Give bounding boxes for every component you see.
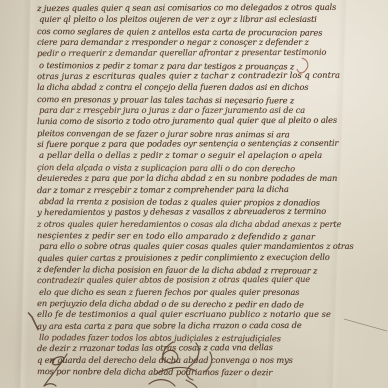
manuscript-line: contradezir quales quier abtos de posisi… xyxy=(37,274,358,287)
manuscript-line: nesçientes z pedir ser en todo ello ampa… xyxy=(37,230,358,243)
manuscript-line: ay ara esta carta z para que sobre la di… xyxy=(37,319,358,332)
manuscript-line: z otros quales quier heredamientos o cos… xyxy=(37,219,358,230)
manuscript-line: quales quier cartas z prouisiones z pedi… xyxy=(37,251,358,264)
manuscript-line: mos por nonbre dela dicha abdad podriamo… xyxy=(37,366,358,379)
manuscript-line: z juezes quales quier q sean asi comisar… xyxy=(37,2,358,15)
manuscript-line: q en guarda del derecho dela dicha abdad… xyxy=(37,355,358,366)
manuscript-line: dar z tomar z rresçebir z tomar z compre… xyxy=(37,183,358,196)
manuscript-line: a pellar della o dellas z pedir z tomar … xyxy=(39,150,358,161)
manuscript-line: y heredamientos y pastos y dehesas z vas… xyxy=(37,206,358,219)
manuscript-line: pedir o rrequerir z demandar querellar a… xyxy=(37,47,358,60)
parchment-crease xyxy=(13,0,37,388)
manuscript-line: cos como seglares de quien z antellos es… xyxy=(37,26,358,39)
manuscript-line: otras juras z escrituras quales quier z … xyxy=(37,70,358,83)
manuscript-page: z juezes quales quier q sean asi comisar… xyxy=(0,0,388,388)
manuscript-line: como en presonas y prouar las tales tach… xyxy=(37,94,358,107)
manuscript-line: si fuere porque z para que podades oyr s… xyxy=(37,138,358,151)
manuscript-line: de dezir z rrazonar todas las otras cosa… xyxy=(37,342,358,355)
manuscript-line: en perjuyzio dela dicha abdad o de su de… xyxy=(37,298,358,311)
manuscript-line: lunia como de sisorio z todo otro jurame… xyxy=(37,115,358,128)
manuscript-line: deuieredes z para que por la dicha abdad… xyxy=(37,173,358,184)
manuscript-line: elo que dicho es sean z fueren fechos po… xyxy=(39,287,358,298)
manuscript-line: çion dela alçada o vista z suplicaçion p… xyxy=(37,162,358,175)
manuscript-text-block: z juezes quales quier q sean asi comisar… xyxy=(37,3,358,377)
manuscript-line: quier ql pleito o los pleitos oujeren de… xyxy=(39,14,358,25)
manuscript-line: la dicha abdad z contra el conçejo della… xyxy=(37,82,358,93)
